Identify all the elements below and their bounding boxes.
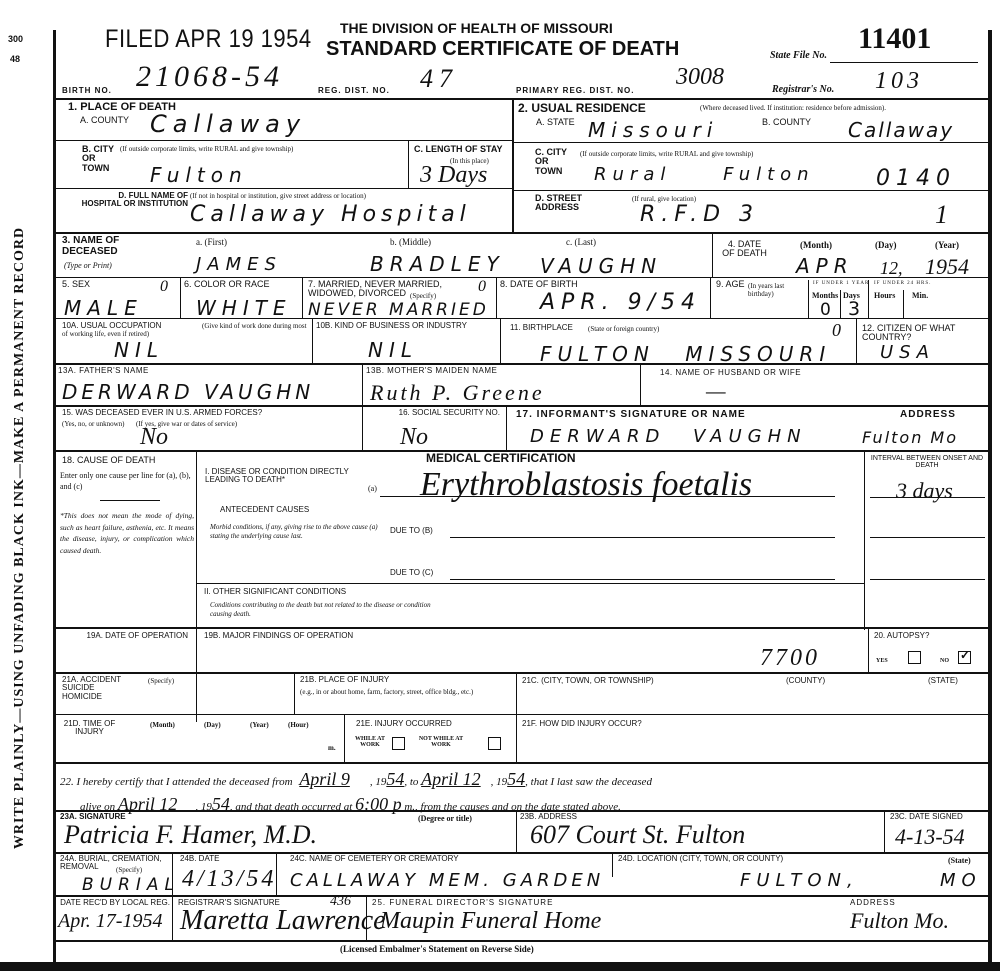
rule (56, 627, 988, 629)
spouse-label: 14. NAME OF HUSBAND OR WIFE (660, 369, 801, 377)
rule (56, 762, 988, 764)
burial-type-label: 24a. BURIAL, CREMATION, REMOVAL (60, 855, 170, 872)
burial-state-label: (State) (948, 856, 971, 865)
autopsy-no-checkbox[interactable]: ✓ (958, 651, 971, 664)
business-label: 10b. KIND OF BUSINESS OR INDUSTRY (316, 322, 496, 330)
burial-date-label: 24b. DATE (180, 855, 219, 863)
race-label: 6. COLOR OR RACE (184, 280, 270, 289)
residence-street-extra: 1 (935, 200, 948, 230)
hospital-label: d. FULL NAME OF HOSPITAL OR INSTITUTION (78, 192, 188, 209)
residence-note: (Where deceased lived. If institution: r… (700, 104, 985, 112)
residence-state-label: a. STATE (536, 118, 575, 127)
informant-address-label: ADDRESS (900, 410, 956, 421)
dod-day-label: (Day) (875, 240, 897, 250)
line-a-label: (a) (368, 484, 377, 493)
antecedent-note: Morbid conditions, if any, giving rise t… (210, 523, 380, 541)
autopsy-yes-checkbox[interactable] (908, 651, 921, 664)
not-at-work-checkbox[interactable] (488, 737, 501, 750)
age-hours-label: Hours (874, 291, 895, 300)
divider (710, 277, 711, 319)
primary-reg-label: PRIMARY REG. DIST. NO. (516, 87, 634, 95)
dod-month-value: APR (796, 254, 854, 278)
residence-city-label: c. CITY OR TOWN (535, 148, 575, 176)
rule (56, 405, 988, 407)
degree-label: (Degree or title) (418, 814, 472, 823)
cert-year-prefix-2: 19 (496, 776, 507, 788)
cert-year-prefix-1: 19 (375, 776, 386, 788)
deceased-name-label: 3. NAME OF DECEASED (62, 236, 132, 257)
occupation-value: NIL (114, 338, 164, 362)
divider (808, 280, 809, 318)
dod-year-label: (Year) (935, 240, 959, 250)
cause-a-line (380, 496, 835, 497)
armed-forces-label: 15. WAS DECEASED EVER IN U.S. ARMED FORC… (62, 409, 262, 417)
divider (276, 852, 277, 895)
death-city-value: Fulton (150, 163, 248, 187)
birthplace-note: (State or foreign country) (588, 325, 659, 333)
county-label: a. COUNTY (80, 116, 129, 125)
injury-county-label: (COUNTY) (786, 677, 825, 685)
divider (712, 232, 713, 277)
dod-day-value: 12, (880, 258, 903, 279)
registrar-no-value: 103 (875, 68, 923, 95)
divider (856, 318, 857, 363)
death-county-value: Callaway (150, 110, 306, 138)
date-received-value: Apr. 17-1954 (58, 910, 162, 933)
dob-value: APR. 9/54 (540, 290, 701, 315)
rule (870, 537, 985, 538)
divider (294, 672, 295, 714)
funeral-director-label: 25. FUNERAL DIRECTOR'S SIGNATURE (372, 899, 553, 907)
accident-label: 21a. ACCIDENT SUICIDE HOMICIDE (62, 676, 132, 701)
injury-year-label: (Year) (250, 721, 269, 729)
injury-hour-label: (Hour) (288, 721, 309, 729)
sex-value: MALE (64, 296, 143, 320)
not-at-work-label: NOT WHILE AT WORK (418, 736, 464, 748)
rule (56, 940, 988, 942)
frame-left (53, 30, 56, 965)
spouse-value: — (706, 378, 726, 404)
antecedent-label: ANTECEDENT CAUSES (220, 506, 309, 514)
death-city-label: b. CITY OR TOWN (82, 145, 122, 173)
physician-address: 607 Court St. Fulton (530, 820, 745, 850)
divider (516, 810, 517, 852)
residence-city-value: Rural Fulton (594, 164, 815, 185)
cause-of-death-label: 18. CAUSE OF DEATH (62, 456, 155, 465)
date-received-label: DATE REC'D BY LOCAL REG. (60, 899, 170, 907)
part1-label: I. DISEASE OR CONDITION DIRECTLY LEADING… (205, 468, 370, 485)
date-signed-value: 4-13-54 (895, 824, 965, 850)
header-rule (56, 98, 988, 100)
reg-dist-value: 47 (420, 64, 458, 94)
sex-label: 5. SEX (62, 280, 90, 289)
divider (362, 363, 363, 405)
divider (868, 280, 869, 318)
death-city-note: (If outside corporate limits, write RURA… (120, 145, 405, 153)
cert-text-2: that I last saw the deceased (531, 776, 652, 788)
rule (56, 277, 988, 278)
business-value: NIL (368, 338, 418, 362)
margin-side-instruction: WRITE PLAINLY—USING UNFADING BLACK INK—M… (12, 168, 28, 908)
citizen-value: USA (880, 342, 935, 363)
residence-county-value: Callaway (848, 118, 954, 142)
dob-label: 8. DATE OF BIRTH (500, 280, 578, 289)
registrar-signature: Maretta Lawrence (180, 905, 386, 937)
rule (56, 363, 988, 365)
rule (100, 500, 160, 501)
injury-place-label: 21b. PLACE OF INJURY (300, 676, 389, 684)
cause-a-value: Erythroblastosis foetalis (420, 466, 752, 504)
burial-location-value: FULTON, (740, 870, 859, 891)
divider (196, 450, 197, 722)
dod-month-label: (Month) (800, 240, 832, 250)
residence-county-label: b. COUNTY (762, 118, 811, 127)
injury-day-label: (Day) (204, 721, 221, 729)
page-title: STANDARD CERTIFICATE OF DEATH (326, 38, 679, 61)
marital-code: 0 (478, 278, 486, 296)
divider (612, 852, 613, 877)
autopsy-no-label: NO (940, 658, 949, 664)
informant-value: DERWARD VAUGHN (530, 426, 807, 447)
divider (868, 627, 869, 672)
at-work-label: WHILE AT WORK (350, 736, 390, 748)
under-24-hrs-label: IF UNDER 24 HRS. (874, 281, 931, 286)
ssn-value: No (400, 424, 428, 451)
op-date-label: 19a. DATE OF OPERATION (62, 632, 188, 640)
burial-state-value: MO (940, 870, 982, 891)
rule (56, 140, 512, 141)
cause-instructions: Enter only one cause per line for (a), (… (60, 470, 194, 492)
divider (344, 714, 345, 762)
part2-note: Conditions contributing to the death but… (210, 601, 450, 619)
mother-label: 13b. MOTHER'S MAIDEN NAME (366, 367, 497, 375)
injury-occurred-label: 21e. INJURY OCCURRED (356, 720, 452, 728)
ssn-label: 16. SOCIAL SECURITY NO. (370, 409, 500, 417)
rule (512, 142, 988, 143)
marital-note: (Specify) (410, 292, 436, 300)
middle-name-value: BRADLEY (370, 252, 505, 276)
primary-reg-value: 3008 (676, 64, 724, 91)
birth-no-value: 21068-54 (136, 60, 283, 94)
age-days-value: 3 (848, 298, 866, 320)
rule (870, 579, 985, 580)
divider (884, 810, 885, 852)
under-1-year-label: IF UNDER 1 YEAR (813, 281, 869, 286)
due-to-c-label: DUE TO (c) (390, 569, 433, 577)
cert-to-year: 54 (507, 769, 525, 789)
rule (56, 895, 988, 897)
burial-type-note: (Specify) (116, 866, 142, 874)
occupation-note: (Give kind of work done during most of w… (62, 322, 308, 338)
state-file-number: 11401 (858, 22, 931, 56)
rule (56, 714, 988, 715)
divider (172, 895, 173, 940)
margin-number-second: 48 (10, 54, 20, 64)
frame-bottom (0, 962, 1000, 971)
first-name-value: JAMES (196, 254, 282, 275)
informant-label: 17. INFORMANT'S SIGNATURE OR NAME (516, 410, 746, 421)
divider (903, 290, 904, 318)
divider (302, 277, 303, 319)
residence-state-value: Missouri (588, 118, 718, 142)
father-label: 13a. FATHER'S NAME (58, 367, 149, 375)
rule (196, 583, 864, 584)
due-to-b-label: DUE TO (b) (390, 527, 433, 535)
injury-city-label: 21c. (CITY, TOWN, OR TOWNSHIP) (522, 677, 654, 685)
cert-from-date: April 9 (295, 769, 370, 789)
registrar-no-label: Registrar's No. (772, 84, 834, 95)
divider (500, 318, 501, 363)
injury-how-label: 21f. HOW DID INJURY OCCUR? (522, 720, 642, 728)
armed-forces-value: No (140, 424, 168, 451)
divider (506, 405, 507, 450)
part2-label: II. OTHER SIGNIFICANT CONDITIONS (204, 588, 346, 596)
burial-type-value: BURIAL (82, 875, 180, 895)
marital-value: NEVER MARRIED (308, 300, 489, 320)
hospital-note: (If not in hospital or institution, give… (190, 192, 366, 200)
frame-right (988, 30, 992, 965)
residence-township-value: 0140 (876, 166, 956, 191)
age-note: (In years last birthday) (748, 282, 808, 298)
divider (864, 450, 865, 630)
cert-to-word: to (410, 776, 419, 788)
hospital-value: Callaway Hospital (190, 202, 471, 227)
rule (512, 190, 988, 191)
burial-location-label: 24d. LOCATION (City, town, or county) (618, 855, 783, 863)
middle-name-label: b. (Middle) (390, 237, 431, 247)
divider (408, 140, 409, 188)
injury-time-label: 21d. TIME OF INJURY (62, 720, 117, 737)
race-value: WHITE (196, 296, 292, 320)
funeral-director-signature: Maupin Funeral Home (380, 908, 601, 935)
state-file-label: State File No. (770, 50, 827, 61)
age-min-label: Min. (912, 291, 928, 300)
residence-street-label: d. STREET ADDRESS (535, 194, 595, 213)
divider (640, 363, 641, 405)
cause-b-line (450, 537, 835, 538)
autopsy-label: 20. AUTOPSY? (874, 632, 929, 640)
interval-label: INTERVAL BETWEEN ONSET AND DEATH (868, 455, 986, 470)
divider (840, 290, 841, 318)
divider (516, 672, 517, 762)
divider (362, 405, 363, 450)
margin-number-top: 300 (8, 34, 23, 44)
accident-note: (Specify) (148, 677, 174, 685)
length-of-stay-label: c. LENGTH OF STAY (414, 145, 510, 154)
cert-from-year: 54 (386, 769, 404, 789)
residence-label: 2. USUAL RESIDENCE (518, 102, 646, 115)
age-months-value: 0 (820, 300, 837, 320)
length-of-stay-value: 3 Days (420, 162, 487, 189)
citizen-label: 12. CITIZEN OF WHAT COUNTRY? (862, 324, 986, 343)
last-name-value: VAUGHN (540, 254, 662, 278)
injury-state-label: (STATE) (928, 677, 958, 685)
father-value: DERWARD VAUGHN (62, 380, 314, 404)
date-of-death-label: 4. DATE OF DEATH (722, 240, 767, 259)
divider (180, 277, 181, 319)
rule (56, 672, 988, 674)
rule (56, 188, 512, 189)
cert-text-1: 22. I hereby certify that I attended the… (60, 776, 293, 788)
age-label: 9. AGE (716, 280, 745, 289)
birthplace-label: 11. BIRTHPLACE (510, 324, 573, 332)
reg-dist-label: REG. DIST. NO. (318, 87, 390, 95)
at-work-checkbox[interactable] (392, 737, 405, 750)
autopsy-yes-label: YES (876, 658, 888, 664)
physician-signature: Patricia F. Hamer, M.D. (64, 820, 317, 850)
date-signed-label: 23c. DATE SIGNED (890, 813, 963, 821)
injury-month-label: (Month) (150, 721, 175, 729)
residence-city-note: (If outside corporate limits, write RURA… (580, 150, 753, 158)
agency-name: THE DIVISION OF HEALTH OF MISSOURI (340, 20, 613, 36)
sex-code: 0 (160, 278, 168, 296)
deceased-name-note: (Type or Print) (64, 261, 112, 271)
first-name-label: a. (First) (196, 237, 227, 247)
mother-value: Ruth P. Greene (370, 380, 545, 406)
op-findings-label: 19b. MAJOR FINDINGS OF OPERATION (204, 632, 353, 640)
residence-street-value: R.F.D 3 (640, 202, 759, 227)
divider (172, 852, 173, 895)
armed-forces-note-1: (Yes, no, or unknown) (62, 420, 124, 428)
rule (56, 318, 988, 319)
cause-c-line (450, 579, 835, 580)
op-code-value: 7700 (760, 645, 820, 672)
last-name-label: c. (Last) (566, 237, 596, 247)
cemetery-value: CALLAWAY MEM. GARDEN (290, 870, 604, 891)
divider (496, 277, 497, 319)
filed-stamp: FILED APR 19 1954 (105, 24, 312, 54)
birth-no-label: BIRTH NO. (62, 87, 112, 95)
burial-date-value: 4/13/54 (182, 866, 276, 893)
marital-label: 7. MARRIED, NEVER MARRIED, WIDOWED, DIVO… (308, 280, 478, 299)
state-file-underline (830, 62, 978, 63)
cemetery-label: 24c. NAME OF CEMETERY OR CREMATORY (290, 855, 459, 863)
rule (870, 497, 985, 498)
age-months-label: Months (812, 291, 838, 300)
rule (56, 232, 988, 234)
check-mark-icon: ✓ (960, 648, 970, 662)
embalmer-note: (Licensed Embalmer's Statement on Revers… (340, 944, 534, 954)
divider (366, 895, 367, 940)
interval-a-value: 3 days (896, 478, 953, 504)
medical-cert-title: MEDICAL CERTIFICATION (426, 452, 576, 465)
injury-m-label: m. (328, 744, 336, 752)
divider (312, 318, 313, 363)
birthplace-code: 0 (832, 320, 841, 341)
cause-footnote: *This does not mean the mode of dying, s… (60, 510, 194, 557)
funeral-address-value: Fulton Mo. (850, 908, 949, 934)
injury-place-note: (e.g., in or about home, farm, factory, … (300, 688, 510, 696)
informant-address-value: Fulton Mo (862, 428, 958, 447)
cert-to-date: April 12 (421, 769, 491, 789)
funeral-address-label: ADDRESS (850, 899, 896, 907)
divider-1-2 (512, 98, 514, 232)
